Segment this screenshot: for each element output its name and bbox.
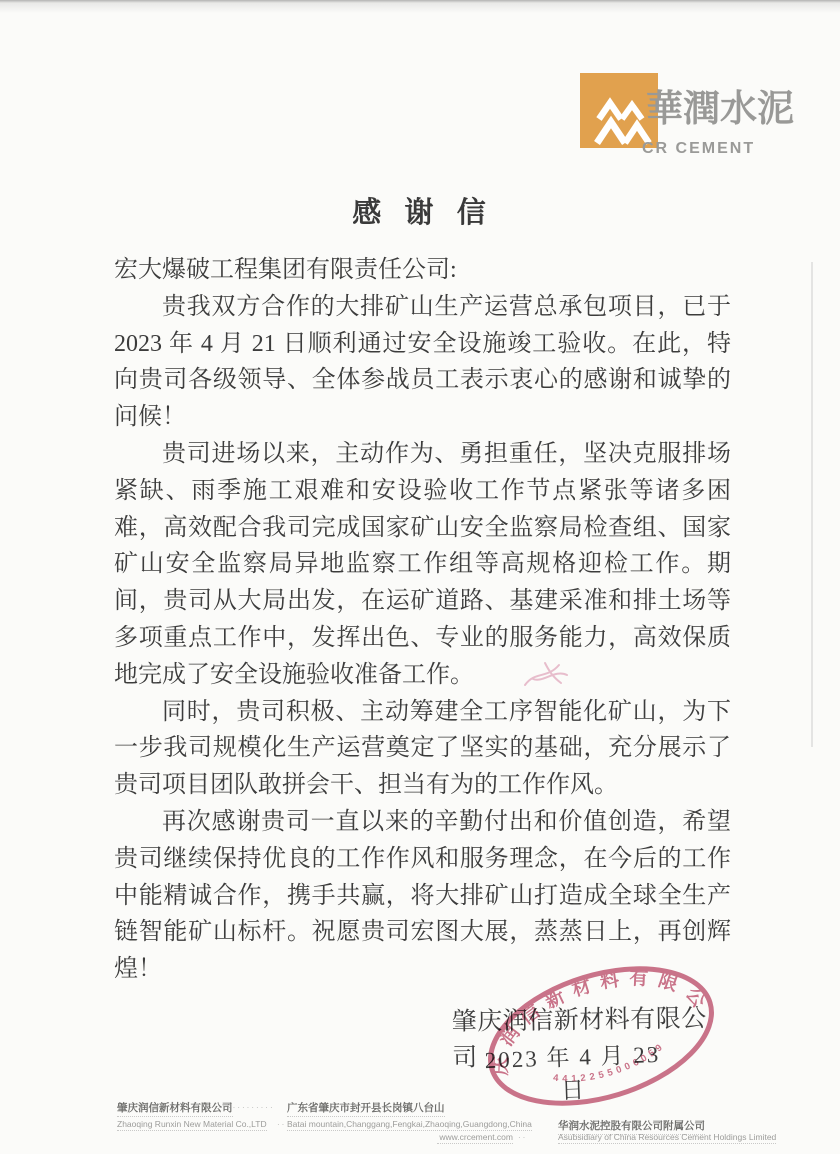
footer-company-en: Zhaoqing Runxin New Material Co.,LTD [117, 1119, 267, 1131]
paragraph-2: 贵司进场以来，主动作为、勇担重任，坚决克服排场紧缺、雨季施工艰难和安设验收工作节… [114, 436, 731, 694]
pink-scribble-artifact [515, 655, 585, 695]
footer-dots-4: ·· [518, 1133, 527, 1143]
footer-dots-2: ·· [277, 1120, 286, 1130]
footer-address-cn: 广东省肇庆市封开县长岗镇八台山 [287, 1100, 445, 1117]
stamp-company-arc-text: 肇庆润信新材料有限公司 [474, 958, 717, 1089]
logo-english-name: CR CEMENT [642, 140, 782, 158]
paper-edge-shadow [811, 262, 813, 747]
company-seal-stamp: 肇庆润信新材料有限公司 4412255006059 [474, 958, 730, 1116]
salutation: 宏大爆破工程集团有限责任公司: [114, 252, 731, 289]
footer-parent-en: Asubsidiary of China Resources Cement Ho… [558, 1132, 776, 1144]
svg-text:4412255006059: 4412255006059 [550, 1039, 672, 1096]
logo-chinese-name: 華潤水泥 [646, 88, 796, 132]
stamp-serial-number: 4412255006059 [550, 1039, 672, 1096]
footer-dots-1: ············· [214, 1103, 275, 1113]
paragraph-1: 贵我双方合作的大排矿山生产运营总承包项目，已于 2023 年 4 月 21 日顺… [114, 289, 731, 436]
svg-text:肇庆润信新材料有限公司: 肇庆润信新材料有限公司 [474, 958, 717, 1089]
footer-dots-3: ·· [518, 1120, 527, 1130]
letter-title: 感 谢 信 [115, 190, 731, 231]
scanned-letter-page: 華潤水泥 CR CEMENT 感 谢 信 宏大爆破工程集团有限责任公司: 贵我双… [0, 0, 840, 1154]
footer-address-en: Batai mountain,Changgang,Fengkai,Zhaoqin… [287, 1119, 532, 1131]
letter-body: 宏大爆破工程集团有限责任公司: 贵我双方合作的大排矿山生产运营总承包项目，已于 … [114, 252, 731, 988]
footer-website: www.crcement.com [437, 1132, 513, 1144]
paragraph-3: 同时，贵司积极、主动筹建全工序智能化矿山，为下一步我司规模化生产运营奠定了坚实的… [114, 694, 731, 804]
